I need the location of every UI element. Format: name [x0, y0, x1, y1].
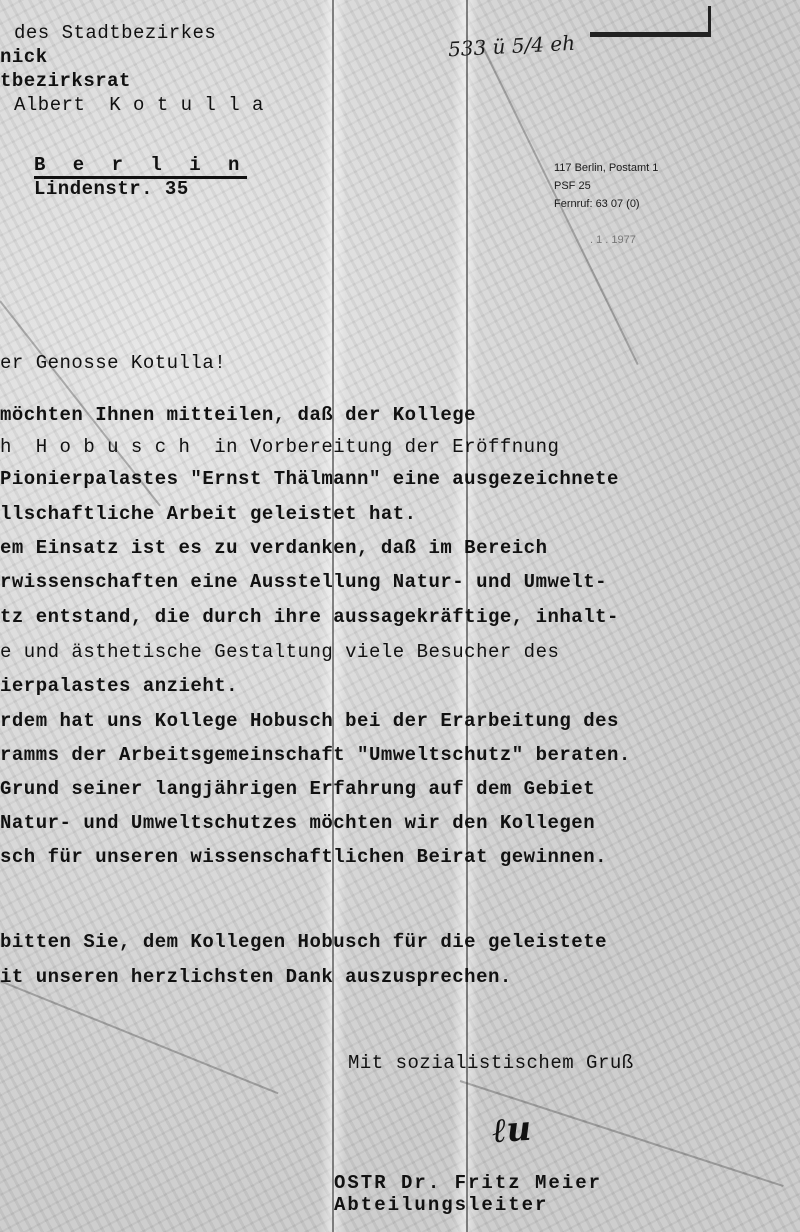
sender-address: 117 Berlin, Postamt 1 — [554, 160, 658, 176]
recipient-city: B e r l i n — [34, 154, 247, 179]
body-line: h H o b u s c h in Vorbereitung der Eröf… — [0, 436, 559, 458]
body-line: Natur- und Umweltschutzes möchten wir de… — [0, 812, 595, 834]
body-line: Grund seiner langjährigen Erfahrung auf … — [0, 778, 595, 800]
recipient-street: Lindenstr. 35 — [34, 178, 189, 200]
recipient-line: nick — [0, 46, 48, 68]
body-line: Pionierpalastes "Ernst Thälmann" eine au… — [0, 468, 619, 490]
body-line: sch für unseren wissenschaftlichen Beira… — [0, 846, 607, 868]
recipient-line: des Stadtbezirkes — [14, 22, 216, 44]
sender-phone: Fernruf: 63 07 (0) — [554, 196, 640, 212]
body-line: bitten Sie, dem Kollegen Hobusch für die… — [0, 931, 607, 953]
body-line: it unseren herzlichsten Dank auszusprech… — [0, 966, 512, 988]
sender-pobox: PSF 25 — [554, 178, 591, 194]
paper-crease — [0, 980, 279, 1094]
closing: Mit sozialistischem Gruß — [348, 1052, 634, 1074]
signatory-title: Abteilungsleiter — [334, 1194, 548, 1216]
body-line: möchten Ihnen mitteilen, daß der Kollege — [0, 404, 476, 426]
recipient-line: tbezirksrat — [0, 70, 131, 92]
body-line: tz entstand, die durch ihre aussagekräft… — [0, 606, 619, 628]
body-line: rwissenschaften eine Ausstellung Natur- … — [0, 571, 607, 593]
stamp-mark — [590, 6, 711, 37]
body-line: llschaftliche Arbeit geleistet hat. — [0, 503, 417, 525]
salutation: er Genosse Kotulla! — [0, 352, 226, 374]
recipient-name: Albert K o t u l l a — [14, 94, 264, 116]
body-line: rdem hat uns Kollege Hobusch bei der Era… — [0, 710, 619, 732]
body-line: em Einsatz ist es zu verdanken, daß im B… — [0, 537, 548, 559]
signature: ℓu — [491, 1109, 533, 1152]
date-stamp: . 1 . 1977 — [590, 232, 636, 248]
body-line: ierpalastes anzieht. — [0, 675, 238, 697]
body-line: e und ästhetische Gestaltung viele Besuc… — [0, 641, 559, 663]
body-line: ramms der Arbeitsgemeinschaft "Umweltsch… — [0, 744, 631, 766]
signatory-name: OSTR Dr. Fritz Meier — [334, 1172, 602, 1194]
